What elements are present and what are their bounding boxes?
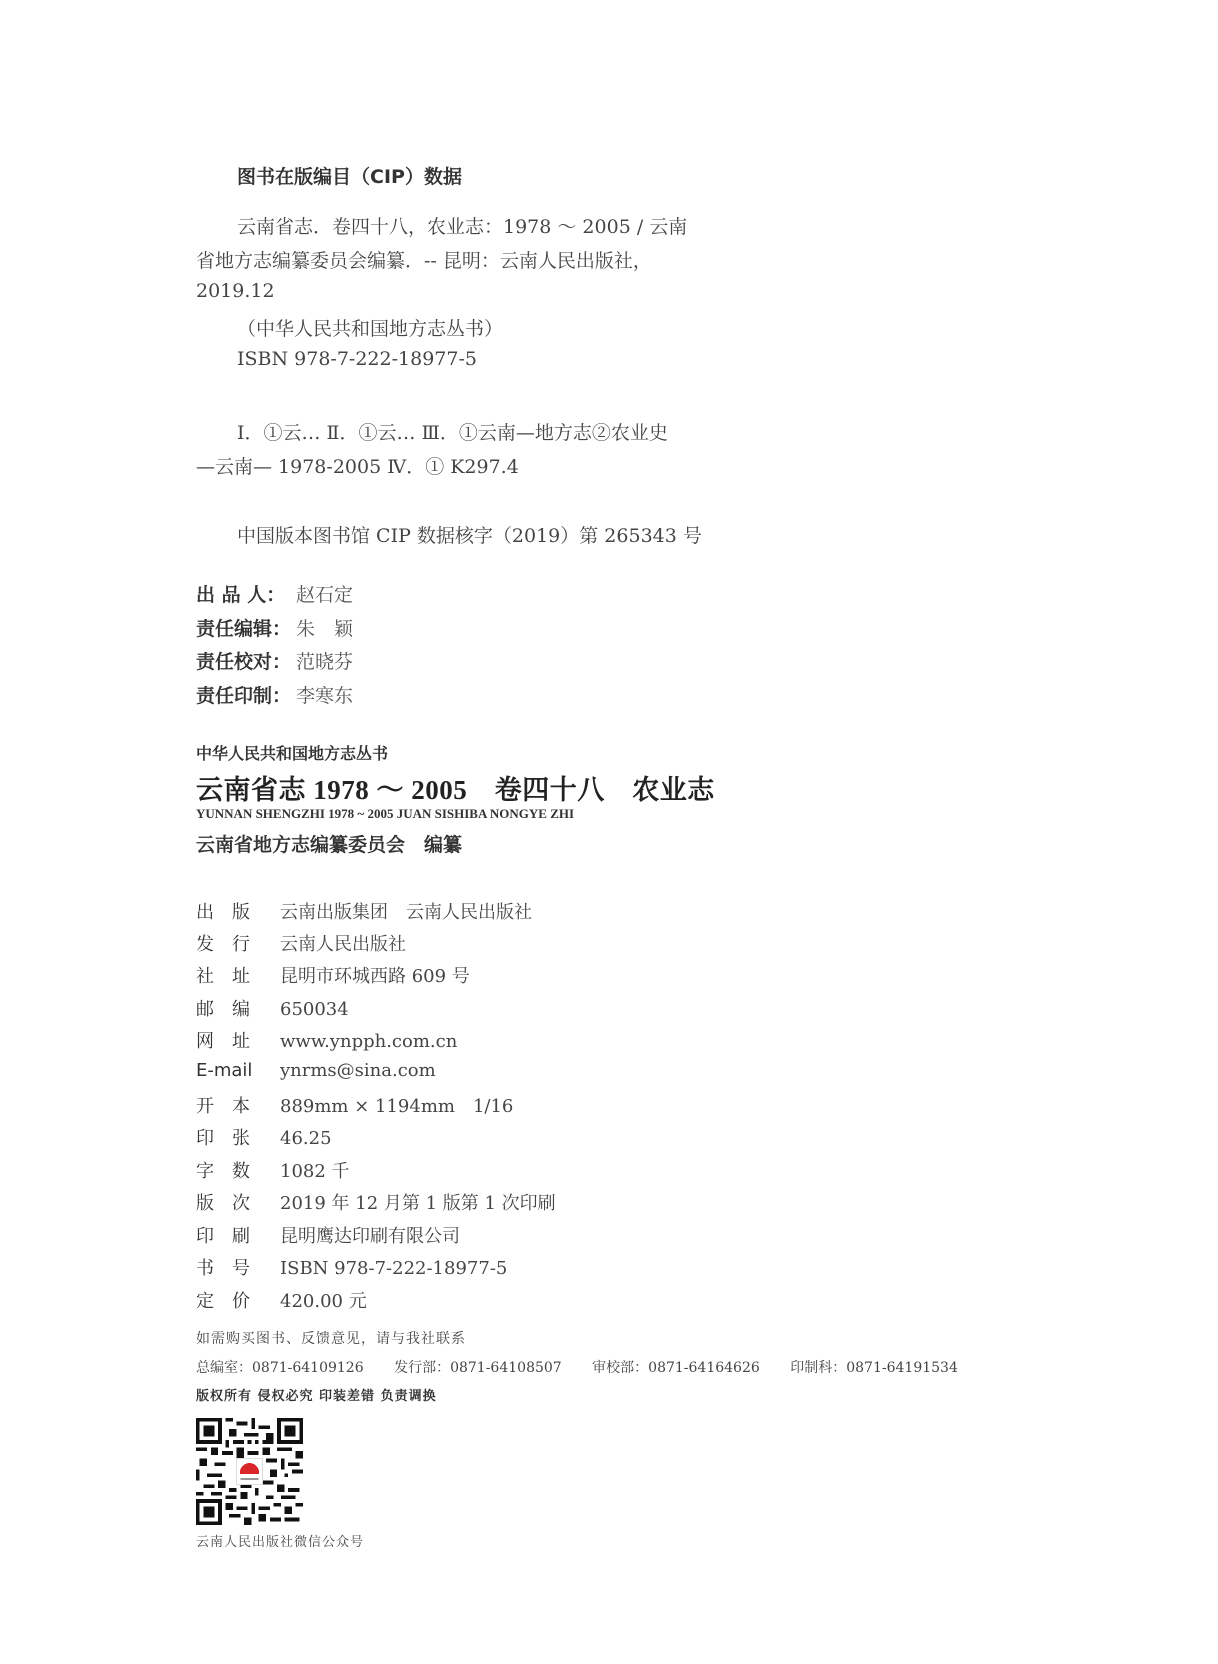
imprint-value: 889mm × 1194mm 1/16 [280,1096,513,1117]
staff-row-proofreader: 责任校对：范晓芬 [196,647,353,674]
imprint-label: 发 行 [196,930,280,956]
staff-label: 责任校对： [196,647,296,674]
imprint-label: 书 号 [196,1254,280,1280]
staff-row-editor: 责任编辑：朱 颖 [196,614,353,641]
staff-value: 李寒东 [296,685,353,707]
website-link[interactable]: www.ynpph.com.cn [280,1031,457,1052]
cip-line-2: 省地方志编纂委员会编纂．-- 昆明：云南人民出版社， [196,246,652,273]
phone-distribution: 发行部：0871-64108507 [394,1360,562,1376]
cip-line-3: 2019.12 [196,280,275,302]
imprint-row-isbn: 书 号ISBN 978-7-222-18977-5 [196,1254,507,1280]
imprint-value: 46.25 [280,1128,332,1149]
imprint-value: 2019 年 12 月第 1 版第 1 次印刷 [280,1193,556,1214]
imprint-row-word-count: 字 数1082 千 [196,1157,350,1183]
imprint-label: 印 张 [196,1124,280,1150]
staff-row-printing: 责任印制：李寒东 [196,681,353,708]
staff-label: 责任编辑： [196,614,296,641]
imprint-label: 印 刷 [196,1222,280,1248]
staff-value: 赵石定 [296,584,353,606]
imprint-value: 1082 千 [280,1161,350,1182]
staff-label: 出 品 人： [196,580,296,607]
staff-value: 朱 颖 [296,618,353,640]
imprint-row-website: 网 址www.ynpph.com.cn [196,1027,457,1053]
imprint-label: 网 址 [196,1027,280,1053]
imprint-value: 云南出版集团 云南人民出版社 [280,902,532,923]
phone-review: 审校部：0871-64164626 [592,1360,760,1376]
qr-caption: 云南人民出版社微信公众号 [196,1531,364,1550]
imprint-label: E-mail [196,1060,280,1081]
imprint-row-distributor: 发 行云南人民出版社 [196,930,406,956]
qr-code-icon [196,1418,303,1525]
imprint-value: ISBN 978-7-222-18977-5 [280,1258,507,1279]
staff-label: 责任印制： [196,681,296,708]
imprint-label: 社 址 [196,962,280,988]
imprint-label: 版 次 [196,1189,280,1215]
cip-classification-line-1: Ⅰ．①云… Ⅱ．①云… Ⅲ．①云南—地方志②农业史 [237,418,668,445]
imprint-label: 邮 编 [196,995,280,1021]
compiler: 云南省地方志编纂委员会 编纂 [196,830,462,857]
cip-series-line: （中华人民共和国地方志丛书） [237,314,503,341]
imprint-row-email: E-mailynrms@sina.com [196,1060,436,1081]
cip-approval-number: 中国版本图书馆 CIP 数据核字（2019）第 265343 号 [237,521,702,548]
imprint-value: 昆明市环城西路 609 号 [280,966,470,987]
imprint-row-printer: 印 刷昆明鹰达印刷有限公司 [196,1222,460,1248]
imprint-row-publisher: 出 版云南出版集团 云南人民出版社 [196,898,532,924]
imprint-row-price: 定 价420.00 元 [196,1287,367,1313]
copyright-notice: 版权所有 侵权必究 印装差错 负责调换 [196,1385,437,1404]
imprint-label: 字 数 [196,1157,280,1183]
phone-printing: 印制科：0871-64191534 [790,1360,958,1376]
email-link[interactable]: ynrms@sina.com [280,1060,436,1081]
imprint-row-postcode: 邮 编650034 [196,995,349,1021]
cip-heading: 图书在版编目（CIP）数据 [237,162,462,189]
book-title: 云南省志 1978 ～ 2005 卷四十八 农业志 [196,768,715,807]
imprint-row-edition: 版 次2019 年 12 月第 1 版第 1 次印刷 [196,1189,556,1215]
cip-line-1: 云南省志．卷四十八，农业志：1978 ～ 2005 / 云南 [237,212,687,239]
imprint-row-sheets: 印 张46.25 [196,1124,332,1150]
contact-note: 如需购买图书、反馈意见，请与我社联系 [196,1328,466,1348]
imprint-value: 420.00 元 [280,1291,367,1312]
staff-value: 范晓芬 [296,651,353,673]
series-name: 中华人民共和国地方志丛书 [196,741,388,764]
imprint-row-address: 社 址昆明市环城西路 609 号 [196,962,470,988]
imprint-label: 出 版 [196,898,280,924]
cip-isbn-line: ISBN 978-7-222-18977-5 [237,348,477,370]
cip-classification-line-2: —云南— 1978-2005 Ⅳ．① K297.4 [196,452,519,479]
imprint-label: 开 本 [196,1092,280,1118]
phone-editorial: 总编室：0871-64109126 [196,1360,364,1376]
contact-phones: 总编室：0871-64109126 发行部：0871-64108507 审校部：… [196,1357,984,1377]
imprint-value: 云南人民出版社 [280,934,406,955]
imprint-value: 昆明鹰达印刷有限公司 [280,1226,460,1247]
imprint-value: 650034 [280,999,349,1020]
staff-row-producer: 出 品 人：赵石定 [196,580,353,607]
imprint-label: 定 价 [196,1287,280,1313]
qr-code[interactable] [196,1418,303,1525]
imprint-row-format: 开 本889mm × 1194mm 1/16 [196,1092,513,1118]
book-title-pinyin: YUNNAN SHENGZHI 1978 ~ 2005 JUAN SISHIBA… [196,806,574,822]
